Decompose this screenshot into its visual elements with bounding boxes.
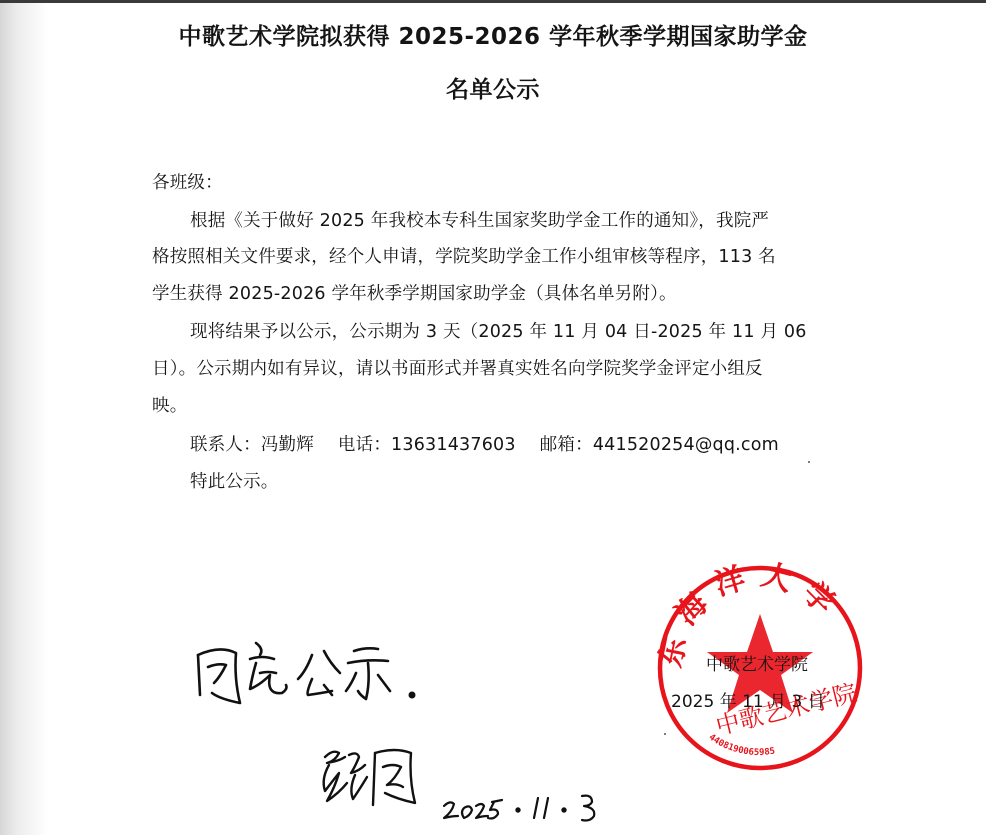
- contact-person: 冯勤辉: [261, 435, 314, 455]
- contact-person-label: 联系人：: [190, 435, 261, 455]
- contact-email: 441520254@qq.com: [593, 435, 779, 455]
- document-page: 中歌艺术学院拟获得 2025-2026 学年秋季学期国家助学金 名单公示 各班级…: [0, 3, 986, 835]
- scan-speck: [808, 461, 810, 463]
- paragraph-2-line-1: 现将结果予以公示，公示期为 3 天（2025 年 11 月 04 日-2025 …: [190, 318, 807, 343]
- handwritten-approval-note: [190, 633, 430, 713]
- signing-date: 2025 年 11 月 3 日: [671, 687, 825, 712]
- paragraph-2-line-3: 映。: [152, 392, 187, 417]
- contact-phone-label: 电话：: [338, 435, 391, 455]
- document-title-line-2: 名单公示: [0, 71, 986, 104]
- closing-remark: 特此公示。: [190, 468, 279, 493]
- paragraph-1-line-3: 学生获得 2025-2026 学年秋季学期国家助学金（具体名单另附）。: [152, 280, 677, 305]
- signing-organization: 中歌艺术学院: [706, 650, 808, 675]
- paragraph-1-line-2: 格按照相关文件要求，经个人申请，学院奖助学金工作小组审核等程序，113 名: [152, 243, 776, 268]
- paragraph-1-line-1: 根据《关于做好 2025 年我校本专科生国家奖助学金工作的通知》，我院严: [190, 207, 769, 232]
- handwritten-date: [440, 788, 615, 828]
- svg-text:4408190065985: 4408190065985: [707, 733, 776, 758]
- contact-line: 联系人：冯勤辉电话：13631437603邮箱：441520254@qq.com: [190, 431, 779, 456]
- contact-email-label: 邮箱：: [540, 435, 593, 455]
- paragraph-2-line-2: 日）。公示期内如有异议，请以书面形式并署真实姓名向学院奖学金评定小组反: [152, 355, 763, 380]
- contact-phone: 13631437603: [391, 435, 516, 455]
- handwritten-signature: [315, 743, 425, 813]
- document-title-line-1: 中歌艺术学院拟获得 2025-2026 学年秋季学期国家助学金: [0, 18, 986, 51]
- salutation: 各班级：: [152, 169, 223, 194]
